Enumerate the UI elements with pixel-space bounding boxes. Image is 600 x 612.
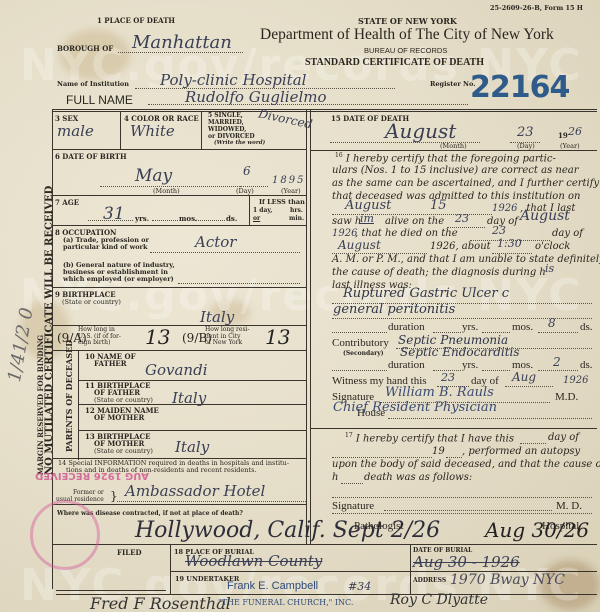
marital-hint: (Write the word) <box>214 140 265 146</box>
race-value: White <box>130 122 175 140</box>
physician-signature: William B. Rauls <box>385 385 494 400</box>
dob-month: May <box>135 166 172 186</box>
undertaker-subtitle: "THE FUNERAL CHURCH," INC. <box>218 598 353 607</box>
certification-text: 16 I hereby certify that the foregoing p… <box>335 152 556 164</box>
certificate-title: STANDARD CERTIFICATE OF DEATH <box>305 57 484 68</box>
mother-birthplace-value: Italy <box>175 438 209 456</box>
full-name-value: Rudolfo Guglielmo <box>185 88 327 106</box>
occupation-value: Actor <box>195 233 236 251</box>
died-month: August <box>338 238 381 252</box>
admitted-day: 15 <box>430 198 447 213</box>
borough-value: Manhattan <box>132 32 232 53</box>
cause-of-death-primary: Ruptured Gastric Ulcer c <box>343 286 509 301</box>
death-year: 26 <box>568 125 582 138</box>
burial-place-value: Woodlawn County <box>185 552 322 570</box>
illness-duration-days: 8 <box>548 316 556 330</box>
dob-label: 6 DATE OF BIRTH <box>55 152 127 161</box>
cause-of-death-secondary: general peritonitis <box>333 302 455 317</box>
dob-day: 6 <box>243 164 251 178</box>
death-certificate: NYC.gov/records NYC NYC.gov/records NYC … <box>0 0 600 612</box>
physician-title: Chief Resident Physician <box>333 400 497 415</box>
undertaker-number: #34 <box>348 580 371 593</box>
witness-year: 1926 <box>563 375 588 386</box>
age-label: 7 AGE <box>55 198 79 207</box>
form-number: 25-2609-26-B, Form 15 H <box>490 4 583 12</box>
amended-burial-date: Aug 30/26 <box>485 518 589 542</box>
mutilated-note: NO MUTILATED CERTIFICATE WILL BE RECEIVE… <box>44 186 55 475</box>
undertaker-value: Frank E. Campbell <box>227 580 318 592</box>
contributory-cause-2: Septic Endocarditis <box>400 345 520 359</box>
undertaker-signature: Roy C Dlyatte <box>390 592 488 608</box>
last-seen-day: 23 <box>455 212 469 225</box>
marital-label: 5 SINGLE, MARRIED, WIDOWED, or DIVORCED <box>208 112 255 140</box>
burial-date-value: Aug 30 - 1926 <box>413 553 520 571</box>
age-years: 31 <box>103 204 125 224</box>
filed-label: FILED <box>117 548 142 557</box>
father-name-value: Govandi <box>145 361 208 379</box>
witness-day: 23 <box>441 371 455 384</box>
institution-value: Poly-clinic Hospital <box>160 71 306 89</box>
death-month: August <box>385 119 456 143</box>
admitted-year: 1926 <box>492 203 517 214</box>
died-day: 23 <box>492 224 506 237</box>
admitted-month: August <box>345 198 391 213</box>
register-label: Register No. <box>430 80 475 88</box>
witness-month: Aug <box>512 370 536 384</box>
bottom-script: Fred F Rosenthal <box>90 594 231 612</box>
state-heading: STATE OF NEW YORK <box>358 16 457 26</box>
borough-label: BOROUGH OF <box>57 44 113 53</box>
institution-label: Name of Institution <box>57 80 129 88</box>
years-in-city: 13 <box>265 325 290 349</box>
dob-year: 1895 <box>272 175 305 186</box>
full-name-label: FULL NAME <box>66 93 133 107</box>
residence-value: Ambassador Hotel <box>125 482 265 500</box>
address-label: ADDRESS <box>413 577 446 584</box>
sex-value: male <box>57 122 94 140</box>
years-in-us: 13 <box>145 325 170 349</box>
last-seen-month: August <box>520 208 570 224</box>
received-stamp <box>30 500 100 570</box>
received-stamp-text: AUG 1926 RECEIVED <box>35 470 149 481</box>
department-heading: Department of Health of The City of New … <box>260 26 554 44</box>
register-number: 22164 <box>470 70 569 105</box>
address-value: 1970 Bway NYC <box>450 572 565 588</box>
parents-side-label: PARENTS OF DECEASED <box>64 340 74 452</box>
bureau-heading: BUREAU OF RECORDS <box>364 46 447 55</box>
autopsy-text: 17 I hereby certify that I have this <box>345 432 514 444</box>
birthplace-value: Italy <box>200 308 234 326</box>
contributory-duration-days: 2 <box>553 355 561 369</box>
time-of-death: 1:30 <box>497 237 522 250</box>
place-of-death-label: 1 PLACE OF DEATH <box>97 16 175 25</box>
death-day: 23 <box>517 125 534 140</box>
